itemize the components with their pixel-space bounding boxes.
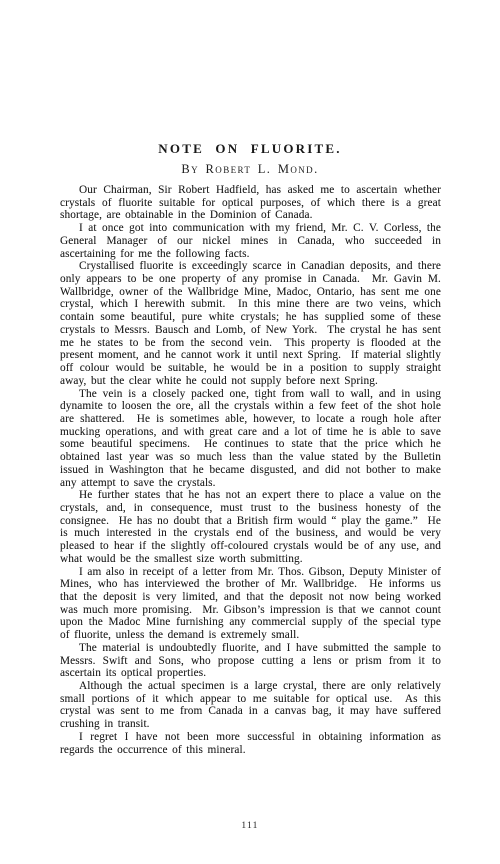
page-footer: 111 (0, 821, 500, 831)
article-title: NOTE ON FLUORITE. (0, 141, 500, 157)
article-header: NOTE ON FLUORITE. By Robert L. Mond. (0, 141, 500, 177)
article-byline: By Robert L. Mond. (0, 162, 500, 177)
paragraph: I am also in receipt of a letter from Mr… (60, 566, 441, 642)
page-number: 111 (241, 821, 258, 831)
paragraph: Crystallised fluorite is exceedingly sca… (60, 260, 441, 387)
paragraph: The vein is a closely packed one, tight … (60, 388, 441, 490)
article-body: Our Chairman, Sir Robert Hadfield, has a… (60, 184, 441, 756)
paragraph: Our Chairman, Sir Robert Hadfield, has a… (60, 184, 441, 222)
paragraph: The material is undoubtedly fluorite, an… (60, 642, 441, 680)
document-page: NOTE ON FLUORITE. By Robert L. Mond. Our… (0, 0, 500, 864)
paragraph: He further states that he has not an exp… (60, 489, 441, 565)
paragraph: I at once got into communication with my… (60, 222, 441, 260)
paragraph: I regret I have not been more successful… (60, 731, 441, 756)
paragraph: Although the actual specimen is a large … (60, 680, 441, 731)
